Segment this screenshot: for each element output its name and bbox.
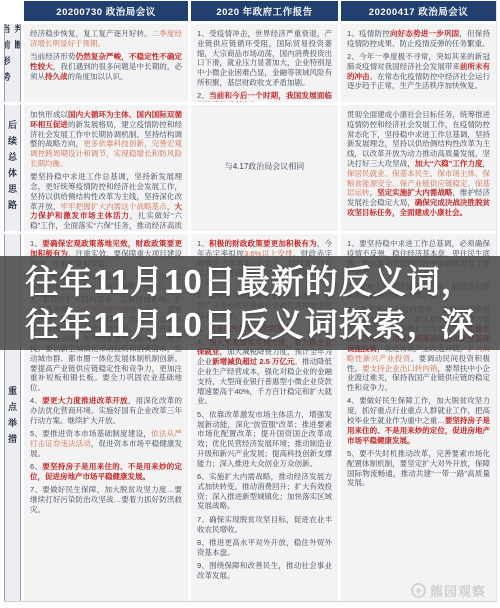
paragraph: 7、要做好民生保障，加大脱贫攻坚力度…要继续打好污染防治攻坚战…要着力抓好防汛救… xyxy=(30,485,182,514)
emphasis-text: 要支持企业出口转内销 xyxy=(362,364,437,373)
body-text: 的角度加以认识。 xyxy=(68,72,128,81)
table-cell-r0-c1: 1、受疫情冲击，世界经济严重衰退，产业链供应链循环受阻，国际贸易投资萎缩，大宗商… xyxy=(191,24,338,102)
body-text: 6、 xyxy=(30,462,42,471)
body-text: 5、要推进资本市场基础制度建设， xyxy=(30,429,151,438)
row-label-text: 重点举措 xyxy=(6,386,19,450)
body-text: 5、要不失时机推动改革，完善要素市场化配置体制机制，要坚定扩大对外开放，保障国际… xyxy=(347,449,490,487)
paragraph: 当前经济形势仍然复杂严峻，不稳定性不确定性较大，我们遇到的很多问题是中长期的，必… xyxy=(30,52,182,81)
row-label-1: 后续总体思路 xyxy=(4,105,21,231)
paragraph: 7、确保实现脱贫攻坚目标，促进农业丰收农民增收。 xyxy=(197,515,332,535)
table-cell-r0-c2: 1、疫情防控向好态势进一步巩固，但保持疫情防控成果、防止疫情反弹的任务繁重。2、… xyxy=(341,24,496,102)
emphasis-text: 要更大力度推进改革开放 xyxy=(42,396,128,405)
emphasis-text: 加大“六稳”工作力度 xyxy=(415,159,483,168)
table-cell-r0-c0: 经济稳步恢复，复工复产逐月好转。二季度经济增长明显好于预期。当前经济形势仍然复杂… xyxy=(24,24,188,102)
paragraph: 8、推进更高水平对外开放，稳住外贸外资基本盘。 xyxy=(197,538,332,558)
emphasis-text: 当前和今后一个时期，我国发展面临风险挑战前所未有。 xyxy=(197,91,332,102)
paragraph: 2、今年一季度极不寻常，突如其来的新冠肺炎疫情对我国经济社会发展带来前所未有的冲… xyxy=(347,52,490,91)
paragraph: 9、围绕保障和改善民生，推动社会事业改革发展。 xyxy=(197,561,332,581)
paragraph: 5、依靠改革激发市场主体活力，增强发展新动能，深化“放管服”改革；推进要素市场化… xyxy=(197,410,332,469)
emphasis-text: 牢牢把握扩大内需这个战略基点 xyxy=(60,202,166,211)
paragraph: 5、要推进资本市场基础制度建设，依法从严打击证券违法活动，促进资本市场平稳健康发… xyxy=(30,429,182,458)
body-text: ， xyxy=(167,202,175,211)
paragraph: 2、当前和今后一个时期，我国发展面临风险挑战前所未有。 xyxy=(197,91,332,102)
body-text: 8、推进更高水平对外开放，稳住外贸外资基本盘。 xyxy=(197,538,332,557)
table-corner-cell xyxy=(4,1,21,21)
body-text: ， xyxy=(483,159,491,168)
body-text: 7、确保实现脱贫攻坚目标，促进农业丰收农民增收。 xyxy=(197,515,332,534)
paragraph: 5、要不失时机推动改革，完善要素市场化配置体制机制，要坚定扩大对外开放，保障国际… xyxy=(347,449,490,488)
body-text: 1、受疫情冲击，世界经济严重衰退，产业链供应链循环受阻，国际贸易投资萎缩，大宗商… xyxy=(197,29,332,87)
paragraph: 4、要做好民生保障工作，加大脱贫攻坚力度，抓好重点行业重点人群就业工作，把高校毕… xyxy=(347,396,490,445)
paragraph: 经济稳步恢复，复工复产逐月好转。二季度经济增长明显好于预期。 xyxy=(30,29,182,49)
row-label-text: 当前形势判断 xyxy=(4,24,21,102)
row-label-text: 后续总体思路 xyxy=(6,120,19,216)
body-text: 1、疫情防控 xyxy=(347,29,390,38)
header-cell-gov-work-report-2020: 2020 年政府工作报告 xyxy=(191,1,338,21)
paragraph: 6、实施扩大内需战略，推动经济发展方式加快转变。推动消费回升；扩大有效投资；深入… xyxy=(197,472,332,511)
body-text: 4、 xyxy=(30,396,42,405)
paragraph: 1、受疫情冲击，世界经济严重衰退，产业链供应链循环受阻，国际贸易投资萎缩，大宗商… xyxy=(197,29,332,88)
header-cell-politburo-0730: 20200730 政治局会议 xyxy=(24,1,188,21)
body-text: 7、要做好民生保障，加大脱贫攻坚力度…要继续打好污染防治攻坚战…要着力抓好防汛救… xyxy=(30,485,182,514)
emphasis-text: 坚定实施扩大内需战略 xyxy=(377,188,452,197)
body-text: 6、实施扩大内需战略，推动经济发展方式加快转变。推动消费回升；扩大有效投资；深入… xyxy=(197,472,332,510)
body-text: 1、 xyxy=(30,239,42,248)
emphasis-text: 积极的财政政策要更加积极有为 xyxy=(209,239,317,248)
paragraph: 贯彻全面建成小康社会目标任务，统筹推进疫情防控和经济社会发展工作，在疫情防控常态… xyxy=(347,110,490,218)
title-overlay-banner: 往年11月10日最新的反义词， 往年11月10日反义词探索，深 xyxy=(0,256,500,350)
table-cell-r1-c2: 贯彻全面建成小康社会目标任务，统筹推进疫情防控和经济社会发展工作，在疫情防控常态… xyxy=(341,105,496,231)
emphasis-text: 要坚持房子是用来住的、不是用来炒的定位，促进房地产市场平稳健康发展。 xyxy=(30,462,182,481)
body-text: ， xyxy=(370,188,378,197)
paragraph: 要坚持稳中求进工作总基调，坚持新发展理念，更好统筹疫情防控和经济社会发展工作，坚… xyxy=(30,172,182,231)
row-label-0: 当前形势判断 xyxy=(4,24,21,102)
table-cell-r1-c0: 加快形成以国内大循环为主体、国内国际双循环相互促进的新发展格局，建立疫情防控和经… xyxy=(24,105,188,231)
paragraph: 与4.17政治局会议相同 xyxy=(225,162,305,172)
header-cell-politburo-0417: 20200417 政治局会议 xyxy=(341,1,496,21)
body-text: 1、 xyxy=(197,239,209,248)
paragraph: 1、疫情防控向好态势进一步巩固，但保持疫情防控成果、防止疫情反弹的任务繁重。 xyxy=(347,29,490,49)
body-text: 经济稳步恢复，复工复产逐月好转。 xyxy=(30,29,152,38)
watermark: 熊园观察 xyxy=(411,581,486,600)
table-cell-r1-c1: 与4.17政治局会议相同 xyxy=(191,105,338,231)
paragraph: 加快形成以国内大循环为主体、国内国际双循环相互促进的新发展格局，建立疫情防控和经… xyxy=(30,110,182,169)
watermark-logo-icon xyxy=(411,583,426,598)
body-text: 当前经济形势 xyxy=(30,52,76,61)
emphasis-text: 新增减负超过 2.5 万亿元 xyxy=(212,357,294,366)
body-text: 5、依靠改革激发市场主体活力，增强发展新动能，深化“放管服”改革；推进要素市场化… xyxy=(197,410,332,468)
overlay-title-line-2: 往年11月10日反义词探索，深 xyxy=(25,303,475,346)
body-text: 9、围绕保障和改善民生，推动社会事业改革发展。 xyxy=(197,561,332,580)
body-text: 与4.17政治局会议相同 xyxy=(225,162,305,171)
emphasis-text: 向好态势进一步巩固 xyxy=(390,29,459,38)
body-text: 2、 xyxy=(197,91,209,100)
paragraph: 4、要更大力度推进改革开放，用深化改革的办法优化营商环境。实施好国有企业改革三年… xyxy=(30,396,182,425)
overlay-title-line-1: 往年11月10日最新的反义词， xyxy=(25,260,475,303)
emphasis-text: 持久战 xyxy=(45,72,68,81)
paragraph: 6、要坚持房子是用来住的、不是用来炒的定位，促进房地产市场平稳健康发展。 xyxy=(30,462,182,482)
watermark-text: 熊园观察 xyxy=(430,581,486,600)
body-text: 加快形成以 xyxy=(30,110,68,119)
